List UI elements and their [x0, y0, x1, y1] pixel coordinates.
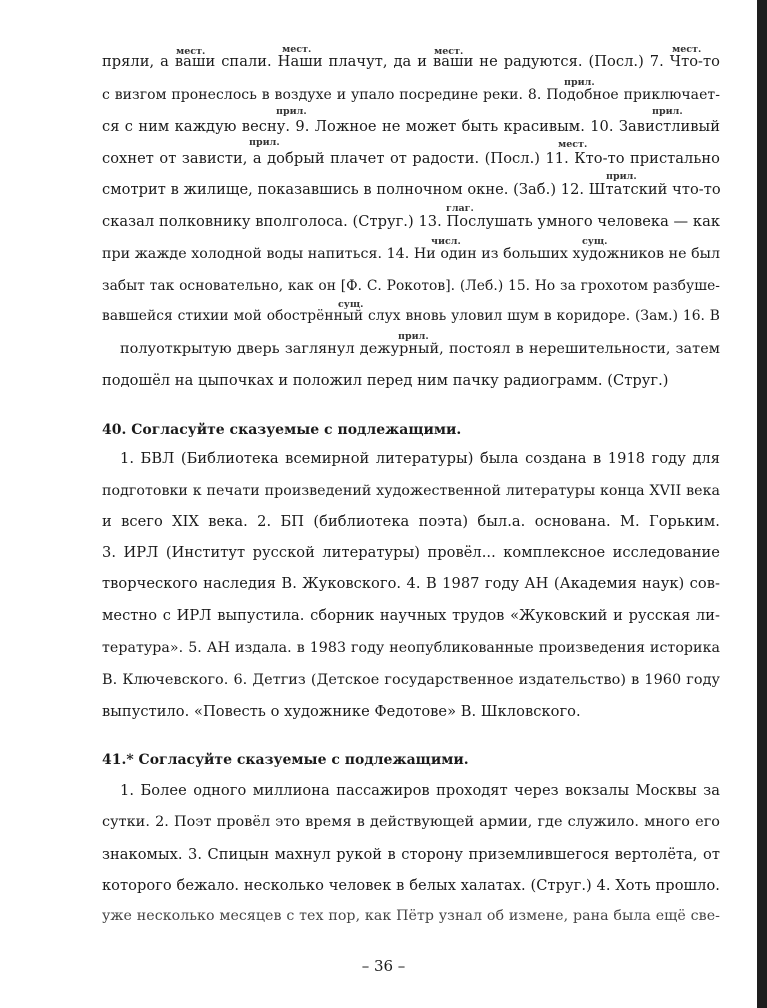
text-line: подготовки к печати произведений художес…: [102, 482, 720, 500]
annotation: мест.: [434, 47, 463, 57]
annotation: прил.: [652, 107, 683, 117]
text-line: 1. БВЛ (Библиотека всемирной литературы)…: [120, 450, 720, 468]
text-line: которого бежало. несколько человек в бел…: [102, 877, 720, 895]
text-line: и всего XIX века. 2. БП (библиотека поэт…: [102, 513, 720, 531]
exercise-heading: 40. Согласуйте сказуемые с подлежащими.: [102, 421, 461, 439]
annotation: мест.: [176, 47, 205, 57]
text-line: В. Ключевского. 6. Детгиз (Детское госуд…: [102, 671, 720, 689]
text-line: выпустило. «Повесть о художнике Федотове…: [102, 703, 720, 721]
annotation: глаг.: [446, 204, 474, 214]
text-line: тература». 5. АН издала. в 1983 году нео…: [102, 639, 720, 657]
annotation: сущ.: [582, 237, 607, 247]
text-line: уже несколько месяцев с тех пор, как Пёт…: [102, 907, 720, 925]
text-line: творческого наследия В. Жуковского. 4. В…: [102, 575, 720, 593]
annotation: сущ.: [338, 300, 363, 310]
page-number: – 36 –: [0, 957, 767, 975]
text-line: полуоткрытую дверь заглянул дежурный, по…: [120, 340, 720, 358]
annotation: мест.: [558, 140, 587, 150]
annotation: прил.: [606, 172, 637, 182]
document-page: пряли, а ваши спали. Наши плачут, да и в…: [0, 0, 767, 1008]
scan-edge: [757, 0, 767, 1008]
text-line: ся с ним каждую весну. 9. Ложное не може…: [102, 118, 720, 136]
annotation: прил.: [564, 78, 595, 88]
text-line: знакомых. 3. Спицын махнул рукой в сторо…: [102, 846, 720, 864]
text-line: сказал полковнику вполголоса. (Струг.) 1…: [102, 213, 720, 231]
text-line: сохнет от зависти, а добрый плачет от ра…: [102, 150, 720, 168]
text-line: подошёл на цыпочках и положил перед ним …: [102, 372, 720, 390]
text-line: 3. ИРЛ (Институт русской литературы) про…: [102, 544, 720, 562]
text-line: забыт так основательно, как он [Ф. С. Ро…: [102, 277, 720, 295]
text-line: при жажде холодной воды напиться. 14. Ни…: [102, 245, 720, 263]
text-line: с визгом пронеслось в воздухе и упало по…: [102, 86, 720, 104]
annotation: прил.: [276, 107, 307, 117]
annotation: числ.: [431, 237, 461, 247]
text-line: местно с ИРЛ выпустила. сборник научных …: [102, 607, 720, 625]
exercise-heading: 41.* Согласуйте сказуемые с подлежащими.: [102, 751, 469, 769]
text-line: смотрит в жилище, показавшись в полночно…: [102, 181, 720, 199]
annotation: мест.: [672, 45, 701, 55]
text-line: сутки. 2. Поэт провёл это время в действ…: [102, 813, 720, 831]
text-line: 1. Более одного миллиона пассажиров прох…: [120, 782, 720, 800]
annotation: прил.: [249, 138, 280, 148]
text-line: вавшейся стихии мой обострённый слух вно…: [102, 307, 720, 325]
annotation: прил.: [398, 332, 429, 342]
annotation: мест.: [282, 45, 311, 55]
